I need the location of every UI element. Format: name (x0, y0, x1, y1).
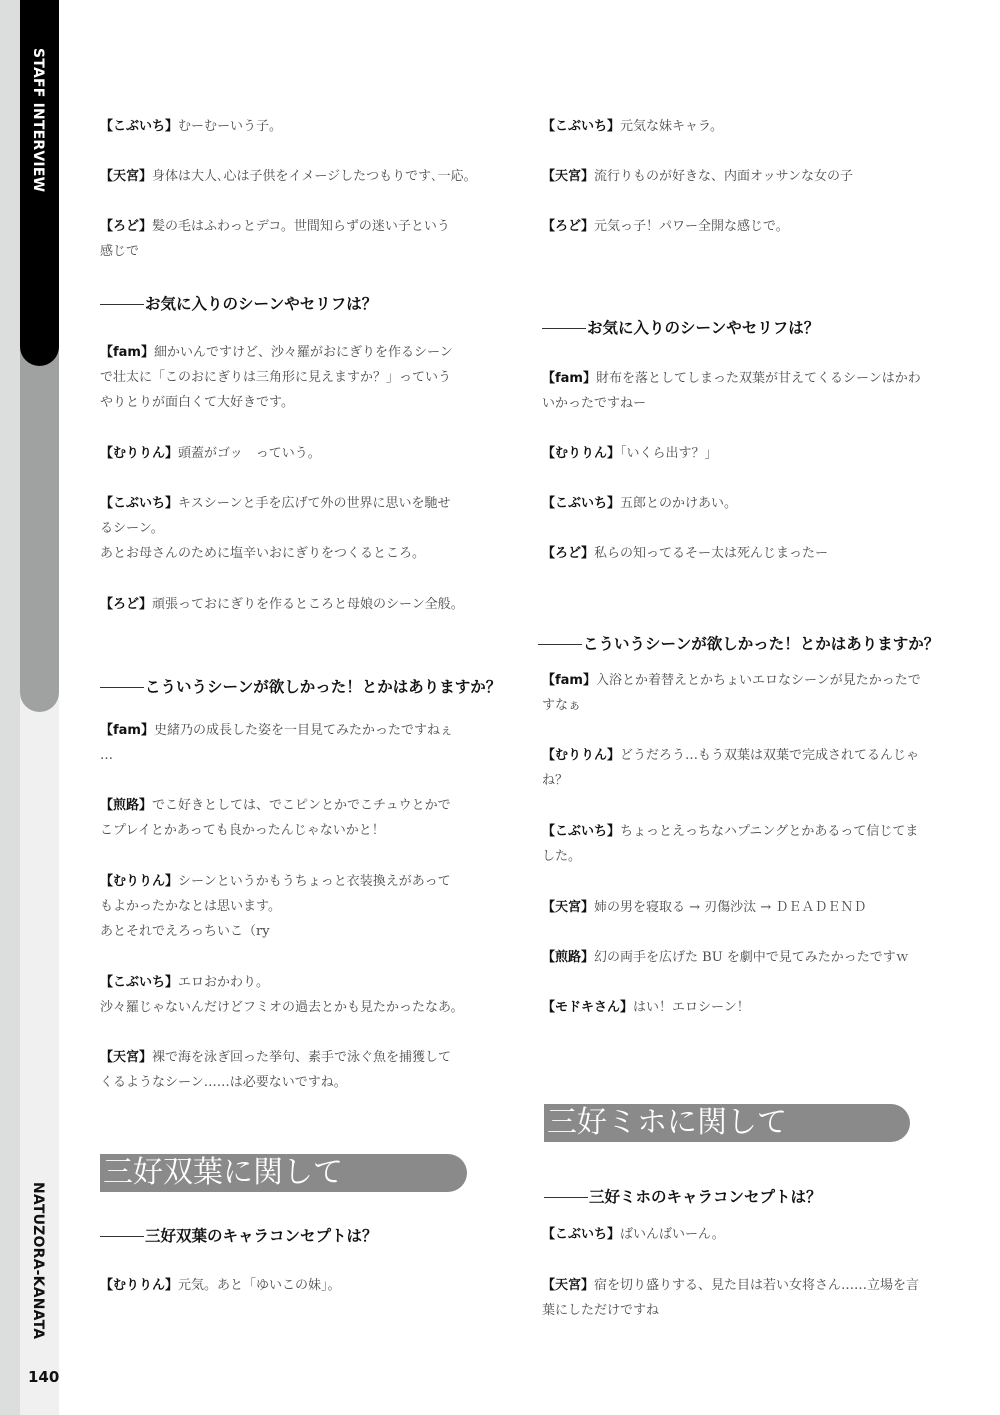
em-dash (100, 687, 144, 689)
entry: 【モドキさん】はい！エロシーン！ (542, 995, 750, 1020)
em-dash (538, 644, 582, 646)
speaker: 【こぶいち】 (100, 496, 178, 511)
entry-text: 入浴とか着替えとかちょいエロなシーンが見たかったで (596, 673, 921, 688)
question-text: 三好ミホのキャラコンセプトは？ (589, 1188, 822, 1206)
character-section-banner: 三好双葉に関して (100, 1154, 467, 1192)
entry-text: エロおかわり。 (178, 975, 269, 990)
entry: 【こぶいち】五郎とのかけあい。 (542, 491, 737, 516)
entry: 【煎路】幻の両手を広げた BU を劇中で見てみたかったですｗ (542, 945, 909, 970)
speaker: 【天宮】 (542, 1278, 594, 1293)
entry: 【むりりん】元気。あと「ゆいこの妹」。 (100, 1273, 341, 1298)
speaker: 【fam】 (542, 371, 596, 386)
speaker: 【こぶいち】 (542, 824, 620, 839)
speaker: 【こぶいち】 (542, 119, 620, 134)
entry: 【ろど】頑張っておにぎりを作るところと母娘のシーン全般。 (100, 592, 464, 617)
question-heading: こういうシーンが欲しかった！とかはありますか？ (538, 632, 939, 654)
em-dash (544, 1197, 588, 1199)
entry: 【天宮】流行りものが好きな、内面オッサンな女の子 (542, 164, 853, 189)
entry-text: 元気。あと「ゆいこの妹」。 (178, 1278, 341, 1293)
question-text: 三好双葉のキャラコンセプトは？ (145, 1227, 378, 1245)
entry: 【こぶいち】ばいんばいーん。 (542, 1222, 725, 1247)
entry: 【むりりん】どうだろう…もう双葉は双葉で完成されてるんじゃ ね？ (542, 743, 919, 793)
entry-text: 葉にしただけですね (542, 1303, 659, 1318)
entry-text: すなぁ (542, 698, 581, 713)
entry: 【fam】入浴とか着替えとかちょいエロなシーンが見たかったで すなぁ (542, 668, 921, 718)
question-text: お気に入りのシーンやセリフは？ (145, 295, 377, 313)
entry-text: ばいんばいーん。 (620, 1227, 725, 1242)
entry-text: あとそれでえろっちいこ（ry (100, 924, 270, 939)
entry-text: 元気っ子！パワー全開な感じで。 (594, 219, 789, 234)
speaker: 【こぶいち】 (100, 975, 178, 990)
entry-text: はい！エロシーン！ (633, 1000, 750, 1015)
entry-text: で壮太に「このおにぎりは三角形に見えますか？」っていう (100, 370, 451, 385)
entry-text: 姉の男を寝取る → 刃傷沙汰 → ＤＥＡＤＥＮＤ (594, 900, 866, 915)
question-heading: 三好双葉のキャラコンセプトは？ (100, 1224, 378, 1246)
entry-text: 幻の両手を広げた BU を劇中で見てみたかったですｗ (594, 950, 909, 965)
entry-text: 元気な妹キャラ。 (620, 119, 723, 134)
speaker: 【こぶいち】 (542, 496, 620, 511)
entry-text: 頑張っておにぎりを作るところと母娘のシーン全般。 (152, 597, 464, 612)
speaker: 【fam】 (542, 673, 596, 688)
entry-text: 流行りものが好きな、内面オッサンな女の子 (594, 169, 853, 184)
speaker: 【天宮】 (100, 169, 152, 184)
speaker: 【モドキさん】 (542, 1000, 633, 1015)
entry-text: やりとりが面白くて大好きです。 (100, 395, 294, 410)
speaker: 【むりりん】 (100, 446, 178, 461)
question-heading: お気に入りのシーンやセリフは？ (542, 316, 819, 338)
entry: 【ろど】私らの知ってるそー太は死んじまったー (542, 541, 828, 566)
entry: 【むりりん】「いくら出す？」 (542, 441, 718, 466)
entry-text: あとお母さんのために塩辛いおにぎりをつくるところ。 (100, 546, 425, 561)
speaker: 【天宮】 (542, 900, 594, 915)
speaker: 【こぶいち】 (100, 119, 178, 134)
question-heading: こういうシーンが欲しかった！とかはありますか？ (100, 675, 501, 697)
character-section-banner: 三好ミホに関して (544, 1104, 910, 1142)
entry-text: どうだろう…もう双葉は双葉で完成されてるんじゃ (620, 748, 919, 763)
speaker: 【ろど】 (100, 597, 152, 612)
speaker: 【むりりん】 (542, 446, 620, 461)
entry-text: ちょっとえっちなハプニングとかあるって信じてま (620, 824, 918, 839)
entry-text: いかったですねー (542, 396, 646, 411)
entry-text: むーむーいう子。 (178, 119, 282, 134)
entry: 【fam】細かいんですけど、沙々羅がおにぎりを作るシーン で壮太に「このおにぎり… (100, 340, 453, 415)
question-text: こういうシーンが欲しかった！とかはありますか？ (583, 635, 939, 653)
entry-text: 史緒乃の成長した姿を一目見てみたかったですねぇ (154, 723, 453, 738)
speaker: 【天宮】 (542, 169, 594, 184)
entry-text: 感じで (100, 244, 139, 259)
entry-text: くるようなシーン……は必要ないですね。 (100, 1075, 347, 1090)
entry: 【こぶいち】エロおかわり。 沙々羅じゃないんだけどフミオの過去とかも見たかったな… (100, 970, 463, 1020)
page-number: 140 (28, 1368, 59, 1386)
entry-text: こプレイとかあっても良かったんじゃないかと！ (100, 823, 385, 838)
question-heading: 三好ミホのキャラコンセプトは？ (544, 1185, 822, 1207)
entry-text: 髪の毛はふわっとデコ。世間知らずの迷い子という (152, 219, 450, 234)
speaker: 【煎路】 (542, 950, 594, 965)
entry: 【fam】財布を落としてしまった双葉が甘えてくるシーンはかわ いかったですねー (542, 366, 921, 416)
entry-text: … (100, 748, 113, 763)
entry-text: 私らの知ってるそー太は死んじまったー (594, 546, 828, 561)
entry-text: 「いくら出す？」 (620, 446, 718, 461)
entry-text: 宿を切り盛りする、見た目は若い女将さん……立場を言 (594, 1278, 919, 1293)
speaker: 【ろど】 (542, 219, 594, 234)
entry: 【ろど】元気っ子！パワー全開な感じで。 (542, 214, 789, 239)
speaker: 【ろど】 (542, 546, 594, 561)
entry-text: ね？ (542, 773, 568, 788)
speaker: 【fam】 (100, 723, 154, 738)
entry-text: でこ好きとしては、でこピンとかでこチュウとかで (152, 798, 451, 813)
speaker: 【こぶいち】 (542, 1227, 620, 1242)
speaker: 【むりりん】 (542, 748, 620, 763)
section-label: STAFF INTERVIEW (30, 48, 46, 192)
page-margin-outer (0, 0, 20, 1415)
entry-text: 頭蓋がゴッ っていう。 (178, 446, 321, 461)
entry: 【こぶいち】元気な妹キャラ。 (542, 114, 723, 139)
speaker: 【fam】 (100, 345, 154, 360)
entry-text: 五郎とのかけあい。 (620, 496, 737, 511)
entry-text: 細かいんですけど、沙々羅がおにぎりを作るシーン (154, 345, 453, 360)
em-dash (100, 304, 144, 306)
entry: 【こぶいち】むーむーいう子。 (100, 114, 282, 139)
em-dash (542, 328, 586, 330)
entry: 【天宮】裸で海を泳ぎ回った挙句、素手で泳ぐ魚を捕獲して くるようなシーン……は必… (100, 1045, 451, 1095)
entry: 【こぶいち】キスシーンと手を広げて外の世界に思いを馳せ るシーン。 あとお母さん… (100, 491, 451, 566)
entry-text: 財布を落としてしまった双葉が甘えてくるシーンはかわ (596, 371, 921, 386)
speaker: 【むりりん】 (100, 1278, 178, 1293)
speaker: 【天宮】 (100, 1050, 152, 1065)
entry-text: 身体は大人､心は子供をイメージしたつもりです､一応。 (152, 169, 477, 184)
speaker: 【ろど】 (100, 219, 152, 234)
speaker: 【むりりん】 (100, 874, 178, 889)
entry-text: シーンというかもうちょっと衣装換えがあって (178, 874, 451, 889)
entry-text: した。 (542, 849, 581, 864)
entry-text: キスシーンと手を広げて外の世界に思いを馳せ (178, 496, 450, 511)
title-label: NATUZORA-KANATA (30, 1182, 46, 1339)
entry: 【fam】史緒乃の成長した姿を一目見てみたかったですねぇ … (100, 718, 453, 768)
entry: 【天宮】身体は大人､心は子供をイメージしたつもりです､一応。 (100, 164, 477, 189)
entry-text: もよかったかなとは思います。 (100, 899, 281, 914)
entry: 【こぶいち】ちょっとえっちなハプニングとかあるって信じてま した。 (542, 819, 918, 869)
question-heading: お気に入りのシーンやセリフは？ (100, 292, 377, 314)
entry-text: 沙々羅じゃないんだけどフミオの過去とかも見たかったなあ。 (100, 1000, 463, 1015)
entry-text: 裸で海を泳ぎ回った挙句、素手で泳ぐ魚を捕獲して (152, 1050, 451, 1065)
question-text: こういうシーンが欲しかった！とかはありますか？ (145, 678, 501, 696)
em-dash (100, 1236, 144, 1238)
entry-text: るシーン。 (100, 521, 164, 536)
entry: 【ろど】髪の毛はふわっとデコ。世間知らずの迷い子という 感じで (100, 214, 450, 264)
speaker: 【煎路】 (100, 798, 152, 813)
entry: 【天宮】姉の男を寝取る → 刃傷沙汰 → ＤＥＡＤＥＮＤ (542, 895, 866, 920)
entry: 【むりりん】頭蓋がゴッ っていう。 (100, 441, 321, 466)
question-text: お気に入りのシーンやセリフは？ (587, 319, 819, 337)
entry: 【天宮】宿を切り盛りする、見た目は若い女将さん……立場を言 葉にしただけですね (542, 1273, 919, 1323)
entry: 【煎路】でこ好きとしては、でこピンとかでこチュウとかで こプレイとかあっても良か… (100, 793, 451, 843)
entry: 【むりりん】シーンというかもうちょっと衣装換えがあって もよかったかなとは思いま… (100, 869, 451, 944)
